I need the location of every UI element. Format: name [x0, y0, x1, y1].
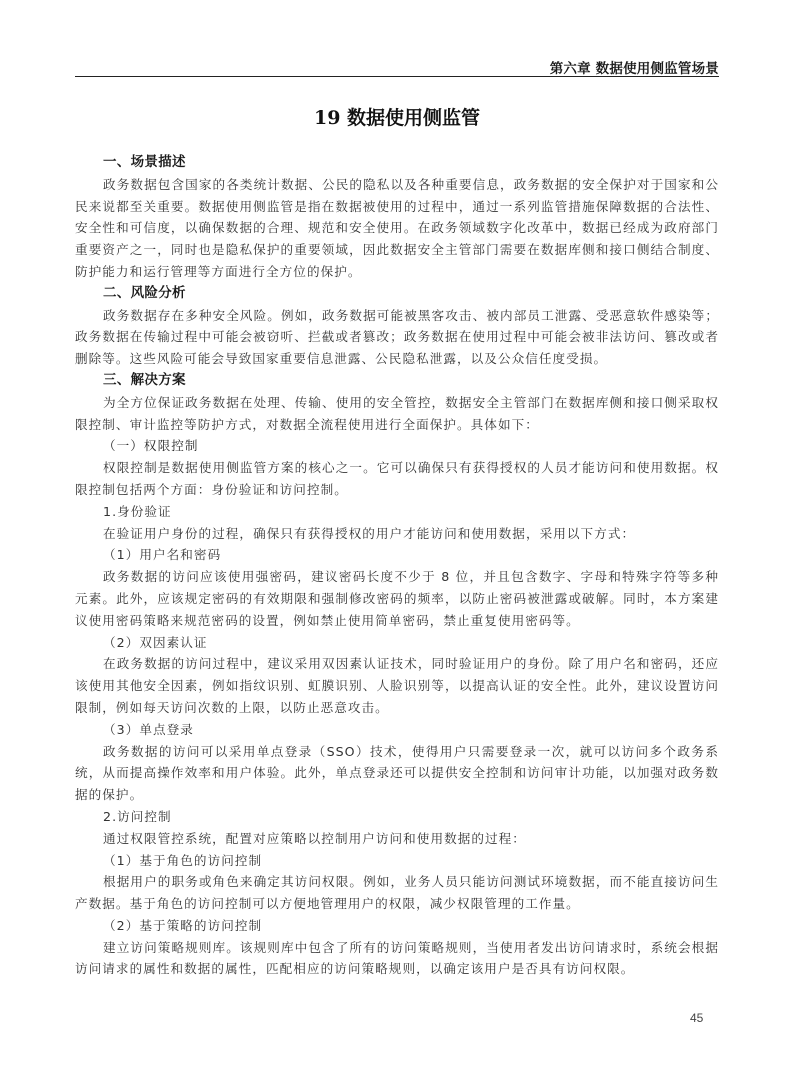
page-title: 19 数据使用侧监管 — [0, 103, 794, 130]
subsection-heading-permission: （一）权限控制 — [75, 435, 719, 457]
heading-two-factor: （2）双因素认证 — [75, 632, 719, 654]
paragraph-rbac: 根据用户的职务或角色来确定其访问权限。例如，业务人员只能访问测试环境数据，而不能… — [75, 871, 719, 915]
paragraph-risk: 政务数据存在多种安全风险。例如，政务数据可能被黑客攻击、被内部员工泄露、受恶意软… — [75, 305, 719, 370]
header-rule — [75, 76, 719, 77]
paragraph-two-factor: 在政务数据的访问过程中，建议采用双因素认证技术，同时验证用户的身份。除了用户名和… — [75, 653, 719, 718]
paragraph-permission: 权限控制是数据使用侧监管方案的核心之一。它可以确保只有获得授权的人员才能访问和使… — [75, 457, 719, 501]
section-heading-risk: 二、风险分析 — [75, 283, 719, 305]
paragraph-solution: 为全方位保证政务数据在处理、传输、使用的安全管控，数据安全主管部门在数据库侧和接… — [75, 392, 719, 436]
paragraph-authentication: 在验证用户身份的过程，确保只有获得授权的用户才能访问和使用数据，采用以下方式： — [75, 523, 719, 545]
heading-rbac: （1）基于角色的访问控制 — [75, 850, 719, 872]
paragraph-sso: 政务数据的访问可以采用单点登录（SSO）技术，使得用户只需要登录一次，就可以访问… — [75, 741, 719, 806]
heading-username-password: （1）用户名和密码 — [75, 544, 719, 566]
section-heading-scenario: 一、场景描述 — [75, 152, 719, 174]
paragraph-pbac: 建立访问策略规则库。该规则库中包含了所有的访问策略规则，当使用者发出访问请求时，… — [75, 937, 719, 981]
heading-sso: （3）单点登录 — [75, 719, 719, 741]
heading-access-control: 2.访问控制 — [75, 806, 719, 828]
heading-pbac: （2）基于策略的访问控制 — [75, 915, 719, 937]
paragraph-scenario: 政务数据包含国家的各类统计数据、公民的隐私以及各种重要信息，政务数据的安全保护对… — [75, 174, 719, 283]
page-number: 45 — [690, 1011, 703, 1025]
paragraph-access-control: 通过权限管控系统，配置对应策略以控制用户访问和使用数据的过程： — [75, 828, 719, 850]
heading-authentication: 1.身份验证 — [75, 501, 719, 523]
running-head: 第六章 数据使用侧监管场景 — [75, 57, 719, 77]
section-heading-solution: 三、解决方案 — [75, 370, 719, 392]
paragraph-username-password: 政务数据的访问应该使用强密码，建议密码长度不少于 8 位，并且包含数字、字母和特… — [75, 566, 719, 631]
document-body: 一、场景描述 政务数据包含国家的各类统计数据、公民的隐私以及各种重要信息，政务数… — [75, 152, 719, 980]
